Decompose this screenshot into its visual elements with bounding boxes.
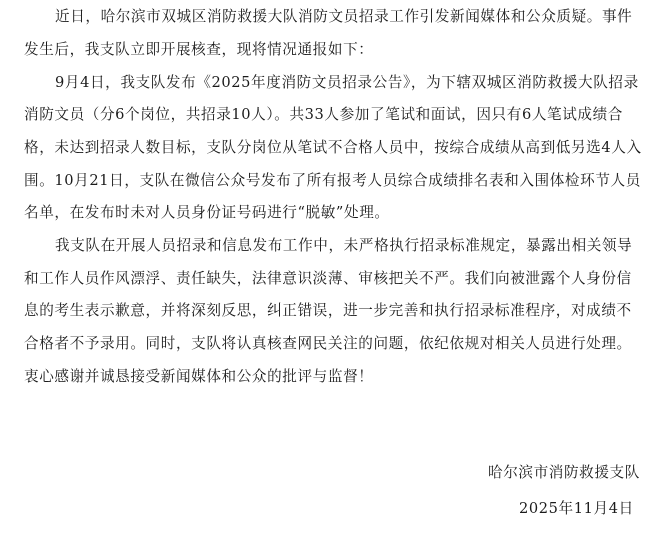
paragraph-2-line-2: 消防文员（分6个岗位，共招录10人）。共33人参加了笔试和面试，因只有6人笔试成… [24, 105, 640, 125]
paragraph-2-line-4: 围。10月21日，支队在微信公众号发布了所有报考人员综合成绩排名表和入围体检环节… [24, 171, 640, 191]
paragraph-3-line-5: 衷心感谢并诚恳接受新闻媒体和公众的批评与监督！ [24, 367, 640, 387]
paragraph-3-line-3: 息的考生表示歉意，并将深刻反思，纠正错误，进一步完善和执行招录标准程序，对成绩不 [24, 301, 640, 321]
paragraph-3-line-1: 我支队在开展人员招录和信息发布工作中，未严格执行招录标准规定，暴露出相关领导 [24, 236, 640, 256]
paragraph-1-line-2: 发生后，我支队立即开展核查，现将情况通报如下： [24, 40, 640, 60]
paragraph-2-line-1: 9月4日，我支队发布《2025年度消防文员招录公告》，为下辖双城区消防救援大队招… [24, 73, 640, 93]
paragraph-2-line-5: 名单，在发布时未对人员身份证号码进行“脱敏”处理。 [24, 203, 640, 223]
paragraph-3-line-2: 和工作人员作风漂浮、责任缺失，法律意识淡薄、审核把关不严。我们向被泄露个人身份信 [24, 269, 640, 289]
paragraph-1-line-1: 近日，哈尔滨市双城区消防救援大队消防文员招录工作引发新闻媒体和公众质疑。事件 [24, 7, 640, 27]
signature-organization: 哈尔滨市消防救援支队 [488, 463, 640, 483]
signature-date: 2025年11月4日 [519, 499, 634, 519]
paragraph-2-line-3: 格，未达到招录人数目标，支队分岗位从笔试不合格人员中，按综合成绩从高到低另选4人… [24, 138, 640, 158]
paragraph-3-line-4: 合格者不予录用。同时，支队将认真核查网民关注的问题，依纪依规对相关人员进行处理。 [24, 334, 640, 354]
